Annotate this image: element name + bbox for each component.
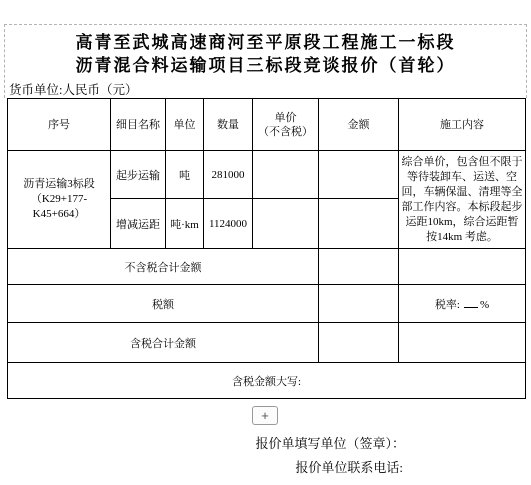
- header-construction-content: 施工内容: [399, 99, 526, 151]
- quote-unit-phone-label: 报价单位联系电话:: [295, 457, 403, 476]
- tax-rate-blank[interactable]: [464, 296, 478, 308]
- section-name-line1: 沥青运输3标段: [9, 177, 109, 192]
- subtotal-excl-tax-row: 不含税合计金额: [8, 249, 526, 285]
- header-unit: 单位: [166, 99, 204, 151]
- item-name-cell: 增减运距: [111, 199, 166, 249]
- header-item-name: 细目名称: [111, 99, 166, 151]
- header-amount: 金额: [319, 99, 399, 151]
- quantity-cell: 1124000: [204, 199, 253, 249]
- excl-tax-total-amount-cell[interactable]: [319, 249, 399, 285]
- table-row: 沥青运输3标段 （K29+177-K45+664） 起步运输 吨 281000 …: [8, 151, 526, 199]
- unit-price-input-cell[interactable]: [253, 151, 319, 199]
- header-serial: 序号: [8, 99, 111, 151]
- header-row: 序号 细目名称 单位 数量 单价 （不含税） 金额 施工内容: [8, 99, 526, 151]
- excl-tax-note-cell: [399, 249, 526, 285]
- quotation-table: 序号 细目名称 单位 数量 单价 （不含税） 金额 施工内容 沥青运输3标段 （…: [7, 98, 526, 399]
- item-name-cell: 起步运输: [111, 151, 166, 199]
- document-title-line1: 高青至武城高速商河至平原段工程施工一标段: [5, 31, 526, 54]
- tax-amount-cell[interactable]: [319, 285, 399, 323]
- incl-tax-note-cell: [399, 323, 526, 363]
- tax-label: 税额: [8, 285, 319, 323]
- tax-rate-cell: 税率:%: [399, 285, 526, 323]
- document-title-line2: 沥青混合料运输项目三标段竞谈报价（首轮）: [5, 54, 526, 77]
- tax-rate-label: 税率:: [435, 299, 460, 311]
- unit-cell: 吨·km: [166, 199, 204, 249]
- amount-cell[interactable]: [319, 199, 399, 249]
- tax-row: 税额 税率:%: [8, 285, 526, 323]
- amount-in-words-row: 含税金额大写:: [8, 363, 526, 399]
- construction-content-cell: 综合单价，包含但不限于等待装卸车、运送、空回，车辆保温、清理等全部工作内容。本标…: [399, 151, 526, 249]
- incl-tax-total-label: 含税合计金额: [8, 323, 319, 363]
- amount-cell[interactable]: [319, 151, 399, 199]
- quantity-cell: 281000: [204, 151, 253, 199]
- unit-cell: 吨: [166, 151, 204, 199]
- tax-rate-percent-sign: %: [480, 299, 489, 311]
- add-row-button[interactable]: +: [252, 406, 278, 425]
- quote-unit-signature-label: 报价单填写单位（签章）：: [255, 433, 405, 452]
- unit-price-input-cell[interactable]: [253, 199, 319, 249]
- section-name-cell: 沥青运输3标段 （K29+177-K45+664）: [8, 151, 111, 249]
- title-block: 高青至武城高速商河至平原段工程施工一标段 沥青混合料运输项目三标段竞谈报价（首轮…: [4, 24, 527, 98]
- amount-in-words-label[interactable]: 含税金额大写:: [8, 363, 526, 399]
- header-quantity: 数量: [204, 99, 253, 151]
- currency-note: 货币单位:人民币（元）: [9, 80, 526, 98]
- incl-tax-total-amount-cell[interactable]: [319, 323, 399, 363]
- excl-tax-total-label: 不含税合计金额: [8, 249, 319, 285]
- header-unit-price: 单价 （不含税）: [253, 99, 319, 151]
- total-incl-tax-row: 含税合计金额: [8, 323, 526, 363]
- section-name-line2: （K29+177-K45+664）: [9, 192, 109, 222]
